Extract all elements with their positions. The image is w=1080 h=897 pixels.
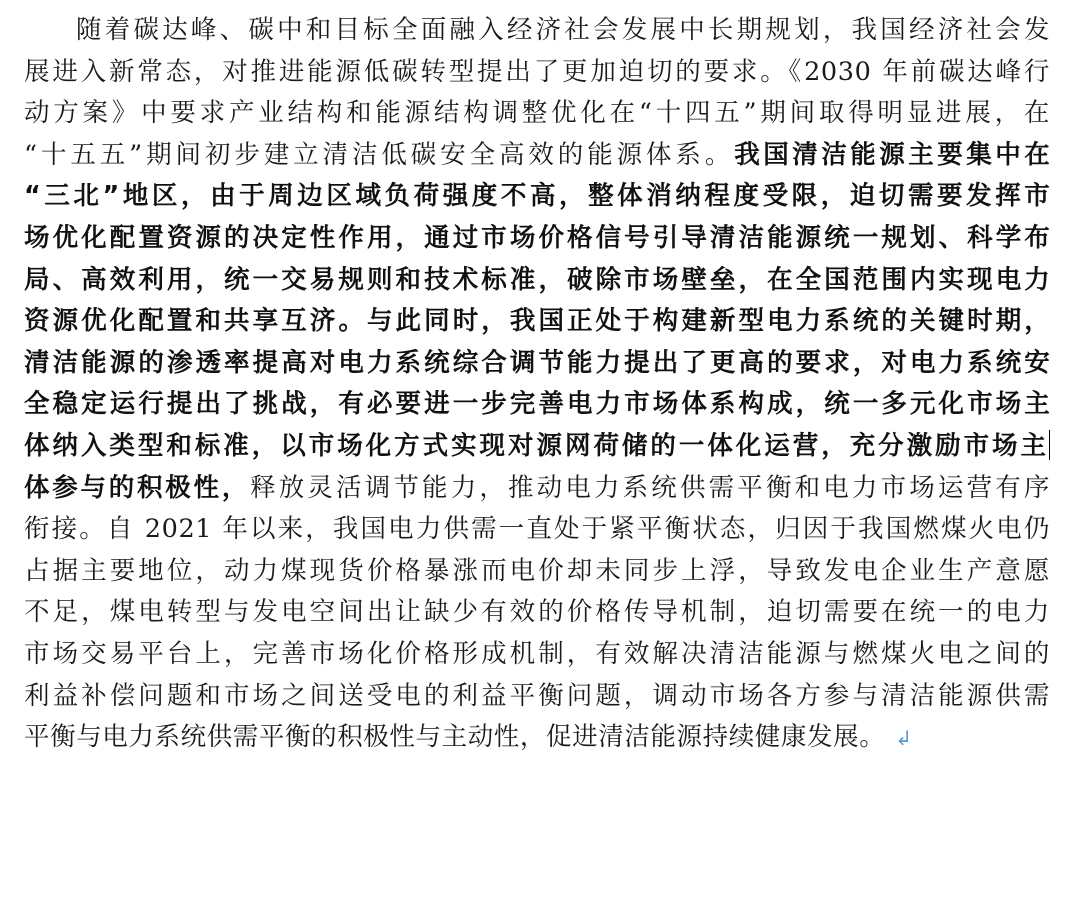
- paragraph-mark-icon: ↲: [895, 718, 912, 760]
- text-line: 全稳定运行提出了挑战，有必要进一步完善电力市场体系构成，统一多元化市场主: [24, 384, 1050, 426]
- text-line: 资源优化配置和共享互济。与此同时，我国正处于构建新型电力系统的关键时期，: [24, 301, 1050, 343]
- text-line: 局、高效利用，统一交易规则和技术标准，破除市场壁垒，在全国范围内实现电力: [24, 260, 1050, 302]
- bold-text-segment: 资源优化配置和共享互济。与此同时，我国正处于构建新型电力系统的关键时期，: [24, 306, 1050, 336]
- document-page[interactable]: 随着碳达峰、碳中和目标全面融入经济社会发展中长期规划，我国经济社会发展进入新常态…: [24, 0, 1050, 897]
- bold-text-segment: “三北”地区，由于周边区域负荷强度不高，整体消纳程度受限，迫切需要发挥市: [24, 181, 1050, 211]
- text-segment: 展进入新常态，对推进能源低碳转型提出了更加迫切的要求。《2030 年前碳达峰行: [24, 57, 1050, 87]
- body-paragraph[interactable]: 随着碳达峰、碳中和目标全面融入经济社会发展中长期规划，我国经济社会发展进入新常态…: [24, 0, 1050, 759]
- text-line: 体参与的积极性，释放灵活调节能力，推动电力系统供需平衡和电力市场运营有序: [24, 468, 1050, 510]
- text-line: 动方案》中要求产业结构和能源结构调整优化在“十四五”期间取得明显进展，在: [24, 93, 1050, 135]
- text-line: 市场交易平台上，完善市场化价格形成机制，有效解决清洁能源与燃煤火电之间的: [24, 634, 1050, 676]
- text-segment: 不足，煤电转型与发电空间出让缺少有效的价格传导机制，迫切需要在统一的电力: [24, 597, 1050, 627]
- text-line: “十五五”期间初步建立清洁低碳安全高效的能源体系。我国清洁能源主要集中在: [24, 135, 1050, 177]
- text-cursor: [1049, 430, 1050, 460]
- text-line: 体纳入类型和标准，以市场化方式实现对源网荷储的一体化运营，充分激励市场主: [24, 426, 1050, 468]
- text-segment: 占据主要地位，动力煤现货价格暴涨而电价却未同步上浮，导致发电企业生产意愿: [24, 556, 1050, 586]
- bold-text-segment: 体参与的积极性，: [24, 473, 250, 503]
- text-segment: 平衡与电力系统供需平衡的积极性与主动性，促进清洁能源持续健康发展。: [24, 722, 885, 752]
- bold-text-segment: 清洁能源的渗透率提高对电力系统综合调节能力提出了更高的要求，对电力系统安: [24, 348, 1050, 378]
- bold-text-segment: 局、高效利用，统一交易规则和技术标准，破除市场壁垒，在全国范围内实现电力: [24, 265, 1050, 295]
- text-line: 利益补偿问题和市场之间送受电的利益平衡问题，调动市场各方参与清洁能源供需: [24, 676, 1050, 718]
- text-line: “三北”地区，由于周边区域负荷强度不高，整体消纳程度受限，迫切需要发挥市: [24, 176, 1050, 218]
- bold-text-segment: 体纳入类型和标准，以市场化方式实现对源网荷储的一体化运营，充分激励市场主: [24, 431, 1049, 461]
- text-segment: 衔接。自 2021 年以来，我国电力供需一直处于紧平衡状态，归因于我国燃煤火电仍: [24, 514, 1050, 544]
- text-segment: 随着碳达峰、碳中和目标全面融入经济社会发展中长期规划，我国经济社会发: [76, 15, 1050, 45]
- bold-text-segment: 我国清洁能源主要集中在: [734, 140, 1050, 170]
- text-line: 占据主要地位，动力煤现货价格暴涨而电价却未同步上浮，导致发电企业生产意愿: [24, 551, 1050, 593]
- text-line: 平衡与电力系统供需平衡的积极性与主动性，促进清洁能源持续健康发展。↲: [24, 717, 1050, 759]
- text-line: 场优化配置资源的决定性作用，通过市场价格信号引导清洁能源统一规划、科学布: [24, 218, 1050, 260]
- text-segment: 市场交易平台上，完善市场化价格形成机制，有效解决清洁能源与燃煤火电之间的: [24, 639, 1050, 669]
- text-segment: 利益补偿问题和市场之间送受电的利益平衡问题，调动市场各方参与清洁能源供需: [24, 681, 1050, 711]
- text-segment: 动方案》中要求产业结构和能源结构调整优化在“十四五”期间取得明显进展，在: [24, 98, 1050, 128]
- text-line: 不足，煤电转型与发电空间出让缺少有效的价格传导机制，迫切需要在统一的电力: [24, 592, 1050, 634]
- bold-text-segment: 场优化配置资源的决定性作用，通过市场价格信号引导清洁能源统一规划、科学布: [24, 223, 1050, 253]
- text-line: 清洁能源的渗透率提高对电力系统综合调节能力提出了更高的要求，对电力系统安: [24, 343, 1050, 385]
- text-line: 随着碳达峰、碳中和目标全面融入经济社会发展中长期规划，我国经济社会发: [24, 10, 1050, 52]
- bold-text-segment: 全稳定运行提出了挑战，有必要进一步完善电力市场体系构成，统一多元化市场主: [24, 389, 1050, 419]
- text-segment: “十五五”期间初步建立清洁低碳安全高效的能源体系。: [24, 140, 734, 170]
- text-segment: 释放灵活调节能力，推动电力系统供需平衡和电力市场运营有序: [250, 473, 1050, 503]
- text-line: 衔接。自 2021 年以来，我国电力供需一直处于紧平衡状态，归因于我国燃煤火电仍: [24, 509, 1050, 551]
- text-line: 展进入新常态，对推进能源低碳转型提出了更加迫切的要求。《2030 年前碳达峰行: [24, 52, 1050, 94]
